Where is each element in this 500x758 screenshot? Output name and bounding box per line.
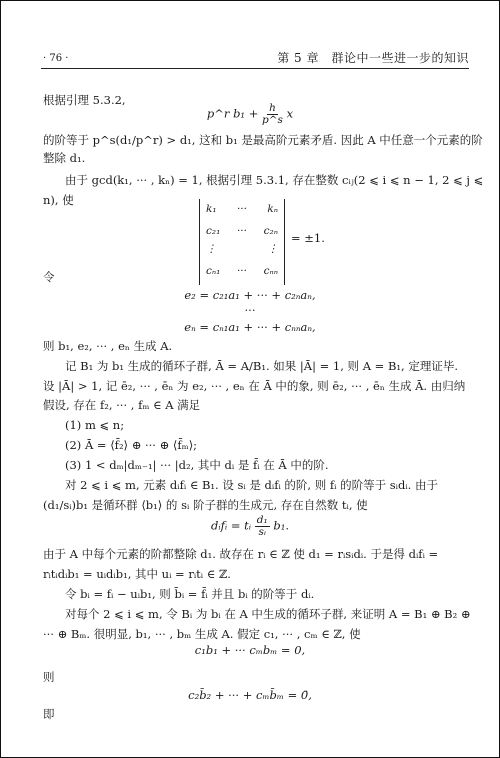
text-line: rᵢtᵢdᵢb₁ = uᵢdᵢb₁, 其中 uᵢ = rᵢtᵢ ∈ ℤ.: [43, 566, 231, 582]
det-cell: ···: [237, 265, 247, 277]
formula-part: b₁.: [273, 519, 289, 533]
determinant: k₁···kₙ c₂₁···c₂ₙ ⋮⋮ cₙ₁···cₙₙ: [199, 199, 285, 285]
det-cell: k₁: [206, 203, 217, 215]
det-cell: c₂₁: [206, 225, 220, 237]
text-line: (d₁/sᵢ)b₁ 是循环群 ⟨b₁⟩ 的 sᵢ 阶子群的生成元, 存在自然数 …: [43, 497, 368, 513]
text-line: 的阶等于 p^s(d₁/p^r) > d₁, 这和 b₁ 是最高阶元素矛盾. 因…: [43, 132, 483, 148]
fraction: d₁sᵢ: [255, 515, 270, 538]
text-line: 设 |Ā| > 1, 记 ē₂, ··· , ēₙ 为 e₂, ··· , eₙ…: [43, 378, 465, 394]
text-line: 记 B₁ 为 b₁ 生成的循环子群, Ā = A/B₁. 如果 |Ā| = 1,…: [65, 358, 458, 374]
denominator: sᵢ: [258, 527, 266, 538]
formula-part: p^r b₁ +: [207, 107, 262, 121]
det-cell: ⋮: [268, 243, 279, 255]
det-cell: kₙ: [267, 203, 278, 215]
book-page: · 76 · 第 5 章 群论中一些进一步的知识 根据引理 5.3.2, p^r…: [0, 0, 500, 758]
denominator: p^s: [262, 115, 283, 126]
formula-line: c₁b₁ + ··· cₘbₘ = 0,: [1, 642, 499, 658]
list-item: (2) Ā = ⟨f̄₂⟩ ⊕ ··· ⊕ ⟨f̄ₘ⟩;: [65, 437, 197, 453]
det-cell: cₙₙ: [264, 265, 278, 277]
text-line: 由于 gcd(k₁, ··· , kₙ) = 1, 根据引理 5.3.1, 存在…: [65, 172, 483, 188]
formula-line: dᵢfᵢ = tᵢ d₁sᵢ b₁.: [1, 515, 499, 538]
determinant-value: = ±1.: [291, 231, 325, 245]
page-number: · 76 ·: [43, 53, 68, 64]
det-cell: ⋮: [206, 243, 217, 255]
text-line: 即: [43, 706, 55, 722]
det-cell: ···: [237, 203, 247, 215]
list-item: (3) 1 < dₘ|dₘ₋₁| ··· |d₂, 其中 dᵢ 是 f̄ᵢ 在 …: [65, 457, 329, 473]
text-line: 令 bᵢ = fᵢ − uᵢb₁, 则 b̄ᵢ = f̄ᵢ 并且 bᵢ 的阶等于…: [65, 586, 314, 602]
det-cell: cₙ₁: [206, 265, 220, 277]
text-line: 则: [43, 669, 55, 685]
header-rule: [41, 68, 469, 69]
formula-line: p^r b₁ + hp^s x: [1, 103, 499, 126]
text-line: 则 b₁, e₂, ··· , eₙ 生成 A.: [43, 338, 172, 354]
formula-part: x: [287, 107, 294, 121]
text-line: 假设, 存在 f₂, ··· , fₘ ∈ A 满足: [43, 397, 200, 413]
det-cell: ···: [237, 225, 247, 237]
text-line: 对 2 ⩽ i ⩽ m, 元素 dᵢfᵢ ∈ B₁. 设 sᵢ 是 dᵢfᵢ 的…: [65, 477, 438, 493]
formula-line: ···: [1, 302, 499, 318]
text-line: n), 使: [43, 192, 74, 208]
det-cell: c₂ₙ: [264, 225, 278, 237]
formula-line: e₂ = c₂₁a₁ + ··· + c₂ₙaₙ,: [1, 287, 499, 303]
text-line: 整除 d₁.: [43, 150, 85, 166]
formula-line: c₂b̄₂ + ··· + cₘb̄ₘ = 0̄,: [1, 687, 499, 703]
formula-part: dᵢfᵢ = tᵢ: [211, 519, 251, 533]
fraction: hp^s: [262, 103, 283, 126]
text-line: 令: [43, 269, 55, 285]
running-header: · 76 · 第 5 章 群论中一些进一步的知识: [43, 49, 469, 67]
text-line: 对每个 2 ⩽ i ⩽ m, 令 Bᵢ 为 bᵢ 在 A 中生成的循环子群, 来…: [65, 606, 471, 622]
chapter-title: 第 5 章 群论中一些进一步的知识: [277, 49, 469, 66]
formula-line: eₙ = cₙ₁a₁ + ··· + cₙₙaₙ,: [1, 319, 499, 335]
text-line: ··· ⊕ Bₘ. 很明显, b₁, ··· , bₘ 生成 A. 假定 c₁,…: [43, 626, 361, 642]
list-item: (1) m ⩽ n;: [65, 417, 124, 433]
text-line: 由于 A 中每个元素的阶都整除 d₁. 故存在 rᵢ ∈ ℤ 使 d₁ = rᵢ…: [43, 546, 438, 562]
